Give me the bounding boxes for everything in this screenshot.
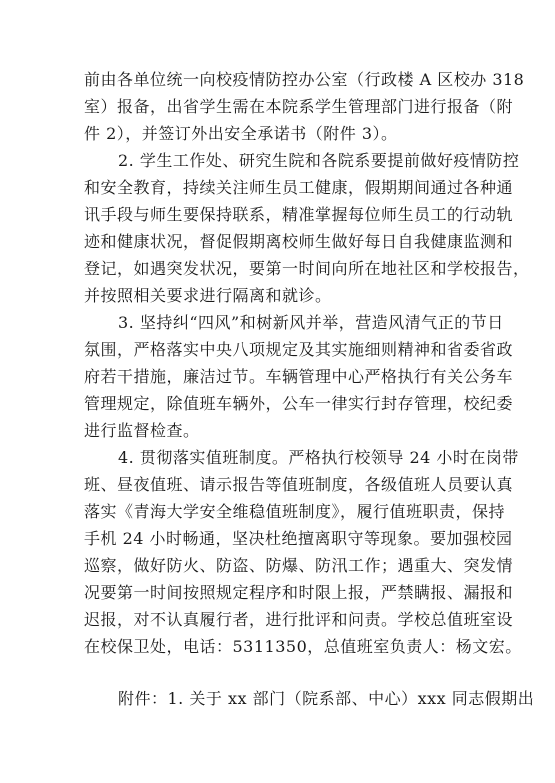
text-line: 进行监督检查。 — [84, 417, 474, 444]
text-line: 登记，如遇突发状况，要第一时间向所在地社区和学校报告， — [84, 255, 474, 282]
text-line: 迟报，对不认真履行者，进行批评和问责。学校总值班室设 — [84, 606, 474, 633]
text-line: 手机 24 小时畅通，坚决杜绝擅离职守等现象。要加强校园 — [84, 525, 474, 552]
paragraph-item-4: 4. 贯彻落实值班制度。严格执行校领导 24 小时在岗带 班、昼夜值班、请示报告… — [84, 444, 474, 660]
text-line: 氛围，严格落实中央八项规定及其实施细则精神和省委省政 — [84, 336, 474, 363]
text-line: 府若干措施，廉洁过节。车辆管理中心严格执行有关公务车 — [84, 363, 474, 390]
text-line: 巡察，做好防火、防盗、防爆、防汛工作；遇重大、突发情 — [84, 552, 474, 579]
paragraph-item-2: 2. 学生工作处、研究生院和各院系要提前做好疫情防控 和安全教育，持续关注师生员… — [84, 147, 474, 309]
paragraph-item-3: 3. 坚持纠“四风”和树新风并举，营造风清气正的节日 氛围，严格落实中央八项规定… — [84, 309, 474, 444]
text-line: 2. 学生工作处、研究生院和各院系要提前做好疫情防控 — [84, 147, 474, 174]
text-line: 4. 贯彻落实值班制度。严格执行校领导 24 小时在岗带 — [84, 444, 474, 471]
blank-line — [84, 660, 474, 685]
document-body: 前由各单位统一向校疫情防控办公室（行政楼 A 区校办 318 室）报备，出省学生… — [84, 66, 474, 712]
text-line: 室）报备，出省学生需在本院系学生管理部门进行报备（附 — [84, 93, 474, 120]
text-line: 前由各单位统一向校疫情防控办公室（行政楼 A 区校办 318 — [84, 66, 474, 93]
text-line: 件 2），并签订外出安全承诺书（附件 3）。 — [84, 120, 474, 147]
paragraph-continuation: 前由各单位统一向校疫情防控办公室（行政楼 A 区校办 318 室）报备，出省学生… — [84, 66, 474, 147]
attachment-section: 附件：1. 关于 xx 部门（院系部、中心）xxx 同志假期出 — [84, 685, 474, 712]
text-line: 讯手段与师生要保持联系，精准掌握每位师生员工的行动轨 — [84, 201, 474, 228]
text-line: 落实《青海大学安全维稳值班制度》，履行值班职责，保持 — [84, 498, 474, 525]
text-line: 并按照相关要求进行隔离和就诊。 — [84, 282, 474, 309]
document-page: 前由各单位统一向校疫情防控办公室（行政楼 A 区校办 318 室）报备，出省学生… — [0, 0, 555, 783]
text-line: 管理规定，除值班车辆外，公车一律实行封存管理，校纪委 — [84, 390, 474, 417]
text-line: 迹和健康状况，督促假期离校师生做好每日自我健康监测和 — [84, 228, 474, 255]
attachment-line: 附件：1. 关于 xx 部门（院系部、中心）xxx 同志假期出 — [84, 685, 474, 712]
text-line: 况要第一时间按照规定程序和时限上报，严禁瞒报、漏报和 — [84, 579, 474, 606]
text-line: 和安全教育，持续关注师生员工健康，假期期间通过各种通 — [84, 174, 474, 201]
text-line: 在校保卫处，电话：5311350，总值班室负责人：杨文宏。 — [84, 633, 474, 660]
text-line: 3. 坚持纠“四风”和树新风并举，营造风清气正的节日 — [84, 309, 474, 336]
text-line: 班、昼夜值班、请示报告等值班制度，各级值班人员要认真 — [84, 471, 474, 498]
